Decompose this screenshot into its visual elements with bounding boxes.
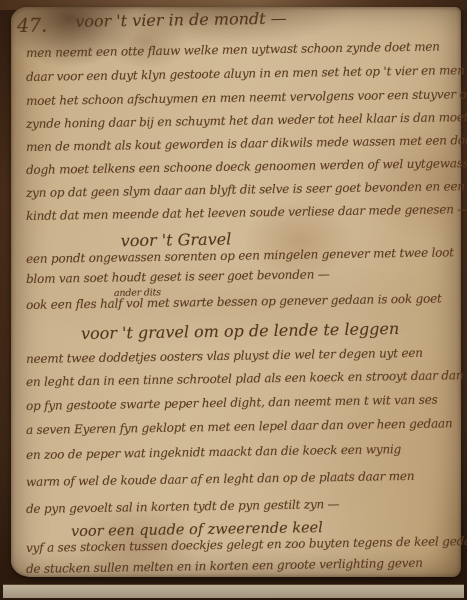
manuscript-line: en zoo de peper wat ingeknidt maackt dan… (26, 442, 401, 462)
manuscript-line: zyn op dat geen slym daar aan blyft dit … (26, 179, 465, 200)
manuscript-line: en leght dan in een tinne schrootel plad… (26, 368, 464, 389)
manuscript-line: op fyn gestoote swarte peper heel dight,… (26, 393, 438, 413)
manuscript-line: neemt twee doddetjes oosters vlas pluyst… (26, 346, 423, 366)
manuscript-photo: 47. voor 't vier in de mondt — men neemt… (0, 0, 467, 600)
manuscript-line: moet het schoon afschuymen en men neemt … (26, 87, 467, 108)
manuscript-line: men de mondt als kout geworden is daar d… (26, 133, 467, 154)
manuscript-line: a seven Eyeren fyn geklopt en met een le… (26, 416, 453, 437)
page-number: 47. (17, 15, 48, 37)
manuscript-line: de stucken sullen melten en in korten ee… (26, 556, 423, 576)
manuscript-line: daar voor een duyt klyn gestoote aluyn i… (26, 63, 465, 84)
manuscript-line: de pyn gevoelt sal in korten tydt de pyn… (26, 497, 340, 516)
manuscript-line: warm of wel de koude daar af en leght da… (26, 469, 415, 489)
section-heading-gravel-lende: voor 't gravel om op de lende te leggen (81, 319, 371, 343)
manuscript-page: 47. voor 't vier in de mondt — men neemt… (11, 7, 461, 577)
manuscript-line: dogh moet telkens een schoone doeck geno… (26, 156, 467, 177)
manuscript-line: kindt dat men meende dat het leeven soud… (26, 202, 467, 223)
table-surface-strip (3, 584, 464, 598)
manuscript-line: men neemt een otte flauw welke men uytwa… (26, 40, 440, 60)
section-heading-vier-in-de-mondt: voor 't vier in de mondt — (71, 9, 291, 31)
manuscript-line: blom van soet houdt geset is seer goet b… (26, 267, 330, 286)
manuscript-line: ook een fles half vol met swarte bessen … (26, 291, 442, 312)
manuscript-line: zynde honing daar bij en schuymt het dan… (26, 110, 467, 131)
